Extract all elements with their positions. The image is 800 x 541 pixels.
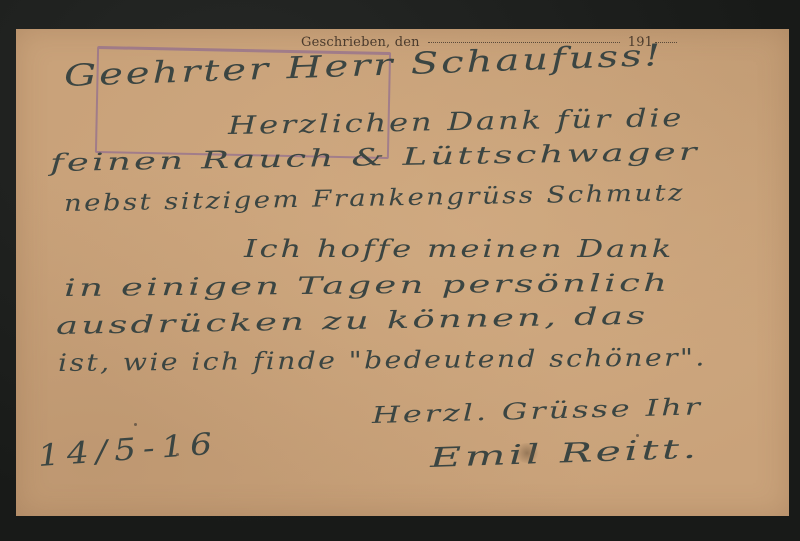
letter-line-7: ist, wie ich finde "bedeutend schöner". bbox=[58, 343, 707, 377]
letter-line-3: nebst sitzigem Frankengrüss Schmutz bbox=[64, 180, 685, 217]
letter-line-4: Ich hoffe meinen Dank bbox=[244, 235, 674, 263]
paper-speck bbox=[176, 453, 179, 456]
paper-speck bbox=[636, 434, 639, 437]
letter-line-5: in einigen Tagen persönlich bbox=[64, 269, 670, 302]
paper-speck bbox=[134, 423, 137, 426]
ink-blot bbox=[514, 443, 540, 463]
postcard: Geschrieben, den 191 Geehrter Herr Schau… bbox=[16, 29, 789, 516]
handwritten-date: 14/5-16 bbox=[37, 426, 220, 474]
closing: Herzl. Grüsse Ihr bbox=[372, 394, 703, 429]
signature: Emil Reitt. bbox=[429, 434, 699, 474]
letter-line-6: ausdrücken zu können, das bbox=[56, 302, 649, 340]
